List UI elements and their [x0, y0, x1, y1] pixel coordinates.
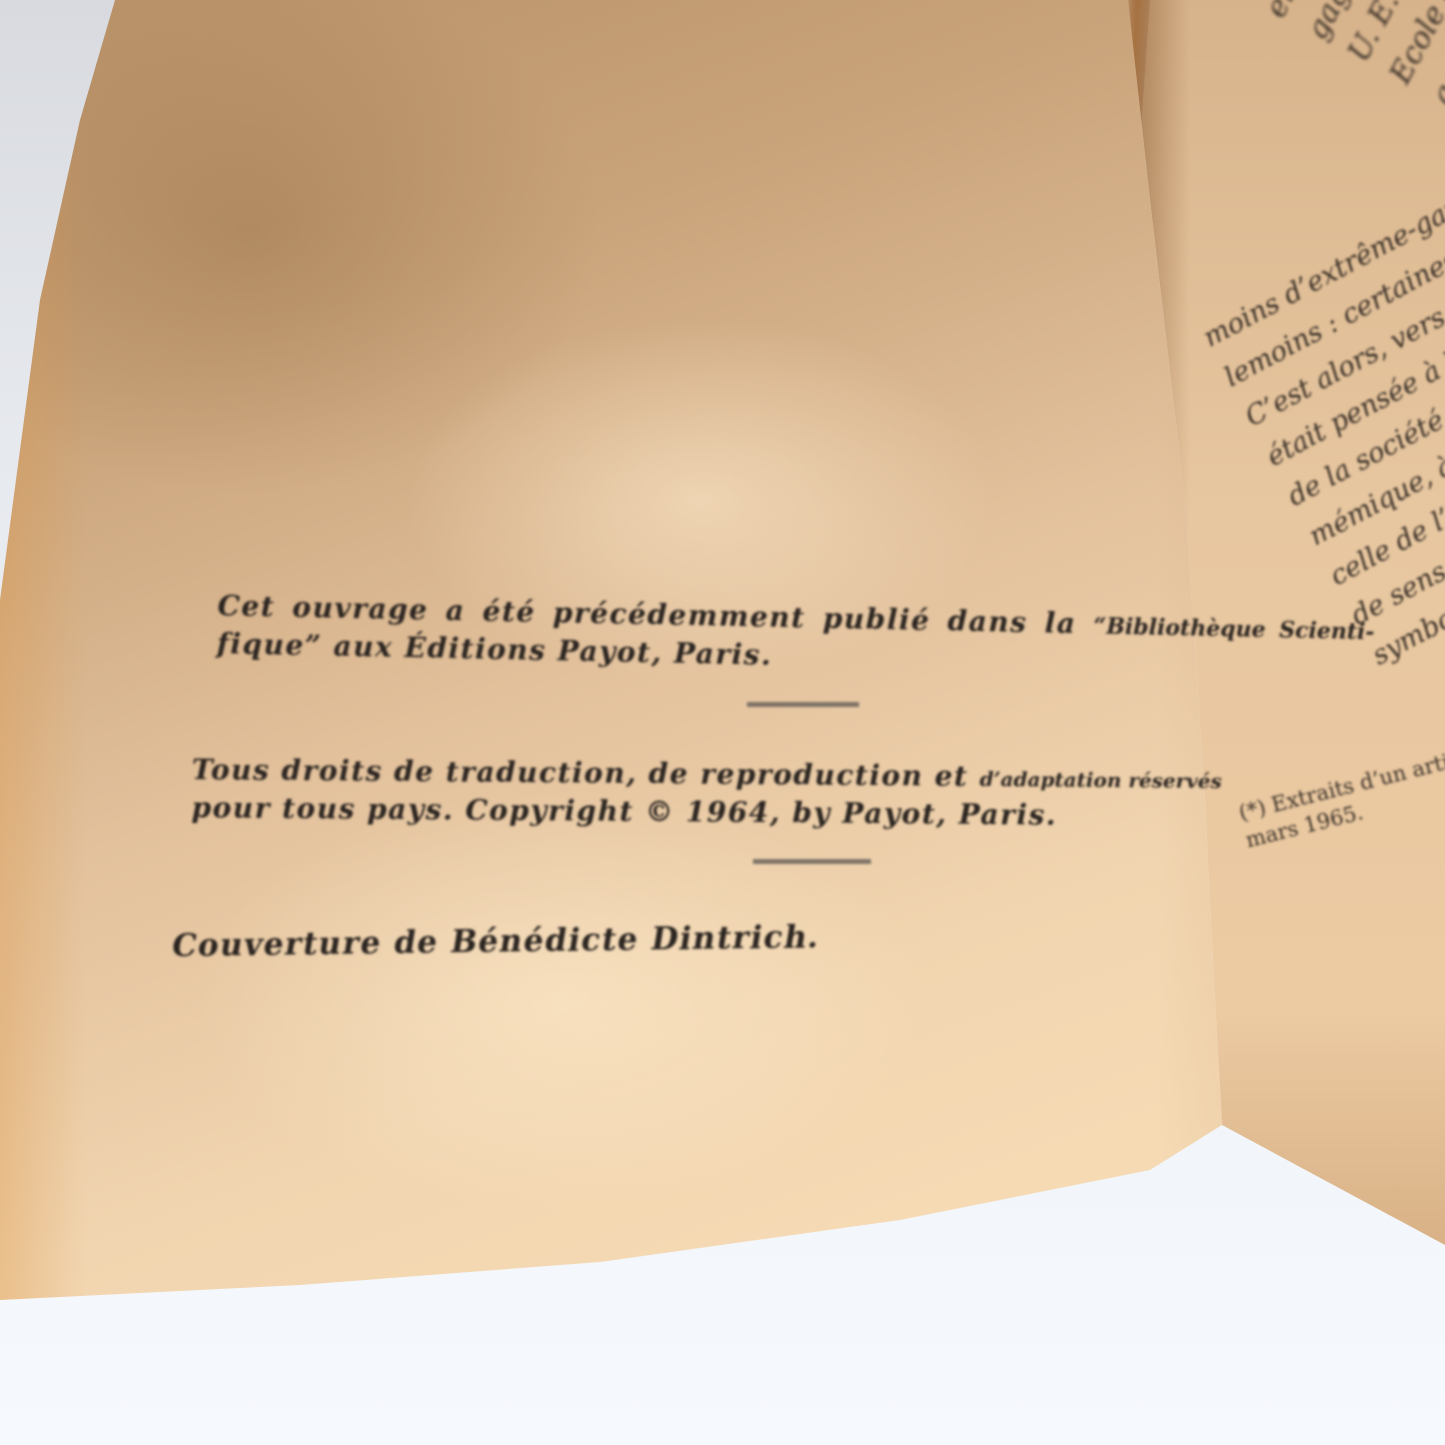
book-photo: Cet ouvrage a été précédemment publié da…: [0, 0, 1445, 1445]
separator-rule-2: [753, 859, 871, 864]
notice-line-1-tail: “Bibliothèque Scienti-: [1093, 613, 1374, 645]
separator-rule-1: [747, 702, 859, 707]
rights-line-1-tail: d’adaptation réservés: [980, 767, 1222, 793]
rights-notice: Tous droits de traduction, de reproducti…: [191, 752, 1222, 835]
